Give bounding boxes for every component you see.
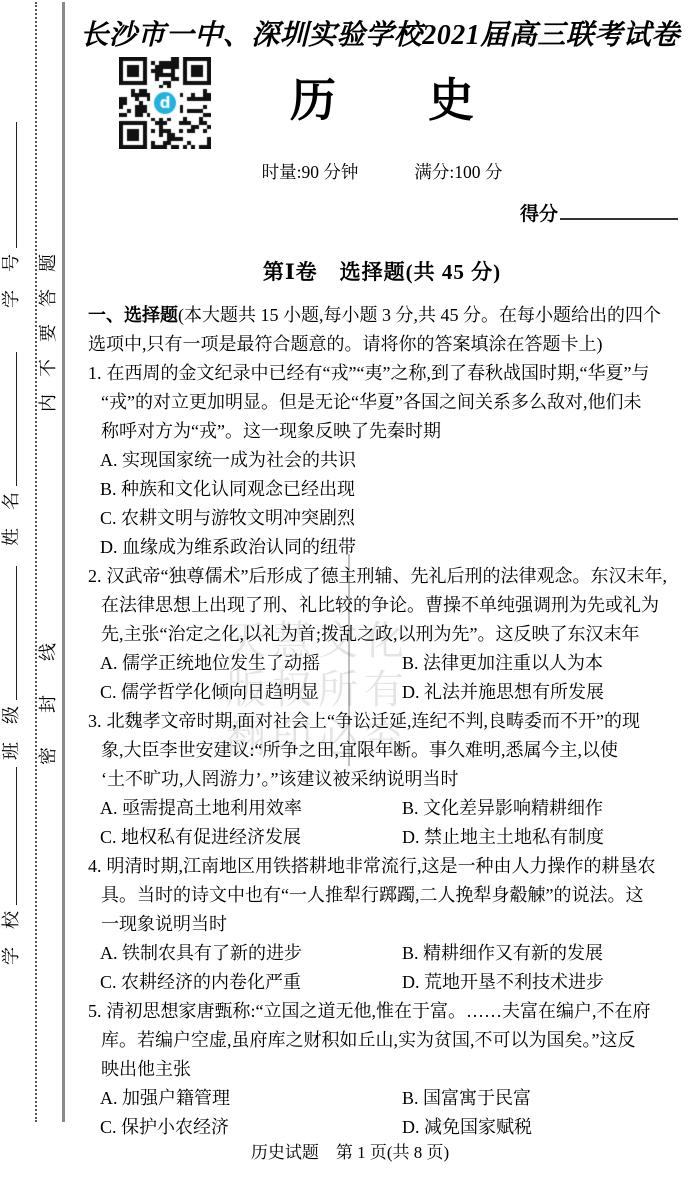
question-stem-line: 先,主张“治定之化,以礼为首;拨乱之政,以刑为先”。这反映了东汉末年 bbox=[88, 620, 694, 649]
question-stem-line: 3.北魏孝文帝时期,面对社会上“争讼迁延,连纪不判,良畴委而不开”的现 bbox=[88, 707, 694, 736]
score-label: 得分 bbox=[520, 204, 558, 225]
exam-paper-page: 学 号姓 名班 级学 校 密封线 内不要答题 天慧文化版权所有翻印必究 长沙市一… bbox=[0, 0, 700, 1191]
question-stem-line: 称呼对方为“戎”。这一现象反映了先秦时期 bbox=[88, 417, 694, 446]
question-number: 1. bbox=[88, 363, 102, 383]
option-row: C. 儒学哲学化倾向日趋明显D. 礼法并施思想有所发展 bbox=[88, 678, 694, 707]
option: D. 减免国家赋税 bbox=[402, 1113, 532, 1142]
option: B. 精耕细作又有新的发展 bbox=[402, 939, 603, 968]
seal-line-text-part2: 内不要答题 bbox=[37, 242, 59, 412]
option: C. 农耕文明与游牧文明冲突剧烈 bbox=[88, 504, 694, 533]
question-number: 4. bbox=[88, 856, 102, 876]
option: D. 禁止地主土地私有制度 bbox=[402, 823, 604, 852]
option-row: A. 铁制农具有了新的进步B. 精耕细作又有新的发展 bbox=[88, 939, 694, 968]
option: B. 文化差异影响精耕细作 bbox=[402, 794, 603, 823]
exam-title: 长沙市一中、深圳实验学校2021届高三联考试卷 bbox=[58, 13, 700, 53]
question-stem-line: 映出他主张 bbox=[88, 1055, 694, 1084]
question-number: 5. bbox=[88, 1001, 102, 1021]
question-number: 3. bbox=[88, 711, 102, 731]
option: B. 法律更加注重以人为本 bbox=[402, 649, 603, 678]
option: C. 农耕经济的内卷化严重 bbox=[88, 972, 301, 992]
question-list: 1.在西周的金文纪录中已经有“戎”“夷”之称,到了春秋战国时期,“华夏”与“戎”… bbox=[88, 359, 694, 1142]
fill-in-blank-line bbox=[1, 352, 17, 486]
question-stem-line: 象,大臣李世安建议:“所争之田,宜限年断。事久难明,悉属今主,以使 bbox=[88, 736, 694, 765]
fill-in-blank-line bbox=[1, 767, 17, 905]
option: C. 儒学哲学化倾向日趋明显 bbox=[88, 682, 319, 702]
question-number: 2. bbox=[88, 566, 102, 586]
option: A. 亟需提高土地利用效率 bbox=[88, 798, 302, 818]
option: A. 实现国家统一成为社会的共识 bbox=[88, 446, 694, 475]
question-item: 3.北魏孝文帝时期,面对社会上“争讼迁延,连纪不判,良畴委而不开”的现象,大臣李… bbox=[88, 707, 694, 852]
option: A. 儒学正统地位发生了动摇 bbox=[88, 653, 320, 673]
question-stem-line: ‘土不旷功,人罔游力’。”该建议被采纳说明当时 bbox=[88, 765, 694, 794]
option-row: C. 农耕经济的内卷化严重D. 荒地开垦不利技术进步 bbox=[88, 968, 694, 997]
question-stem-line: 1.在西周的金文纪录中已经有“戎”“夷”之称,到了春秋战国时期,“华夏”与 bbox=[88, 359, 694, 388]
option: C. 保护小农经济 bbox=[88, 1117, 229, 1137]
section-heading: 第Ⅰ卷 选择题(共 45 分) bbox=[58, 256, 700, 286]
option-row: C. 地权私有促进经济发展D. 禁止地主土地私有制度 bbox=[88, 823, 694, 852]
student-info-label: 姓 名 bbox=[0, 340, 22, 546]
intro-bold-label: 一、选择题 bbox=[88, 305, 178, 325]
section-intro: 一、选择题(本大题共 15 小题,每小题 3 分,共 45 分。在每小题给出的四… bbox=[88, 301, 694, 359]
option: D. 礼法并施思想有所发展 bbox=[402, 678, 604, 707]
student-info-label: 班 级 bbox=[0, 554, 22, 760]
option: B. 种族和文化认同观念已经出现 bbox=[88, 475, 694, 504]
question-stem-line: “戎”的对立更加明显。但是无论“华夏”各国之间关系多么敌对,他们未 bbox=[88, 388, 694, 417]
exam-meta-row: 时量:90 分钟 满分:100 分 bbox=[58, 159, 700, 184]
option: C. 地权私有促进经济发展 bbox=[88, 827, 301, 847]
option-row: C. 保护小农经济D. 减免国家赋税 bbox=[88, 1113, 694, 1142]
question-stem-line: 一现象说明当时 bbox=[88, 910, 694, 939]
score-blank-line bbox=[560, 199, 678, 220]
question-stem-line: 具。当时的诗文中也有“一人推犁行踯躅,二人挽犁身觳觫”的说法。这 bbox=[88, 881, 694, 910]
question-item: 4.明清时期,江南地区用铁搭耕地非常流行,这是一种由人力操作的耕垦农具。当时的诗… bbox=[88, 852, 694, 997]
subject-title: 历 史 bbox=[58, 64, 700, 130]
option-row: A. 儒学正统地位发生了动摇B. 法律更加注重以人为本 bbox=[88, 649, 694, 678]
option: A. 加强户籍管理 bbox=[88, 1088, 230, 1108]
fill-in-blank-line bbox=[1, 122, 17, 248]
question-item: 1.在西周的金文纪录中已经有“戎”“夷”之称,到了春秋战国时期,“华夏”与“戎”… bbox=[88, 359, 694, 562]
question-stem-line: 4.明清时期,江南地区用铁搭耕地非常流行,这是一种由人力操作的耕垦农 bbox=[88, 852, 694, 881]
seal-dotted-line bbox=[35, 2, 37, 1122]
option: B. 国富寓于民富 bbox=[402, 1084, 531, 1113]
question-item: 2.汉武帝“独尊儒术”后形成了德主刑辅、先礼后刑的法律观念。东汉末年,在法律思想… bbox=[88, 562, 694, 707]
student-info-label: 学 号 bbox=[0, 110, 22, 308]
option: D. 血缘成为维系政治认同的纽带 bbox=[88, 533, 694, 562]
option-row: A. 亟需提高土地利用效率B. 文化差异影响精耕细作 bbox=[88, 794, 694, 823]
question-item: 5.清初思想家唐甄称:“立国之道无他,惟在于富。……夫富在编户,不在府库。若编户… bbox=[88, 997, 694, 1142]
score-field: 得分 bbox=[520, 199, 678, 226]
option: A. 铁制农具有了新的进步 bbox=[88, 943, 302, 963]
intro-line-1-rest: (本大题共 15 小题,每小题 3 分,共 45 分。在每小题给出的四个 bbox=[178, 305, 661, 325]
question-stem-line: 2.汉武帝“独尊儒术”后形成了德主刑辅、先礼后刑的法律观念。东汉末年, bbox=[88, 562, 694, 591]
seal-line-text-part1: 密封线 bbox=[37, 605, 59, 765]
exam-duration: 时量:90 分钟 bbox=[262, 159, 359, 184]
option-row: A. 加强户籍管理B. 国富寓于民富 bbox=[88, 1084, 694, 1113]
question-area: 一、选择题(本大题共 15 小题,每小题 3 分,共 45 分。在每小题给出的四… bbox=[88, 301, 694, 1142]
question-stem-line: 在法律思想上出现了刑、礼比较的争论。曹操不单纯强调刑为先或礼为 bbox=[88, 591, 694, 620]
question-stem-line: 5.清初思想家唐甄称:“立国之道无他,惟在于富。……夫富在编户,不在府 bbox=[88, 997, 694, 1026]
exam-full-score: 满分:100 分 bbox=[414, 159, 502, 184]
intro-line-2: 选项中,只有一项是最符合题意的。请将你的答案填涂在答题卡上) bbox=[88, 330, 694, 359]
student-info-label: 学 校 bbox=[0, 755, 22, 965]
intro-line-1: 一、选择题(本大题共 15 小题,每小题 3 分,共 45 分。在每小题给出的四… bbox=[88, 301, 694, 330]
question-stem-line: 库。若编户空虚,虽府库之财积如丘山,实为贫国,不可以为国矣。”这反 bbox=[88, 1026, 694, 1055]
option: D. 荒地开垦不利技术进步 bbox=[402, 968, 604, 997]
fill-in-blank-line bbox=[1, 566, 17, 700]
